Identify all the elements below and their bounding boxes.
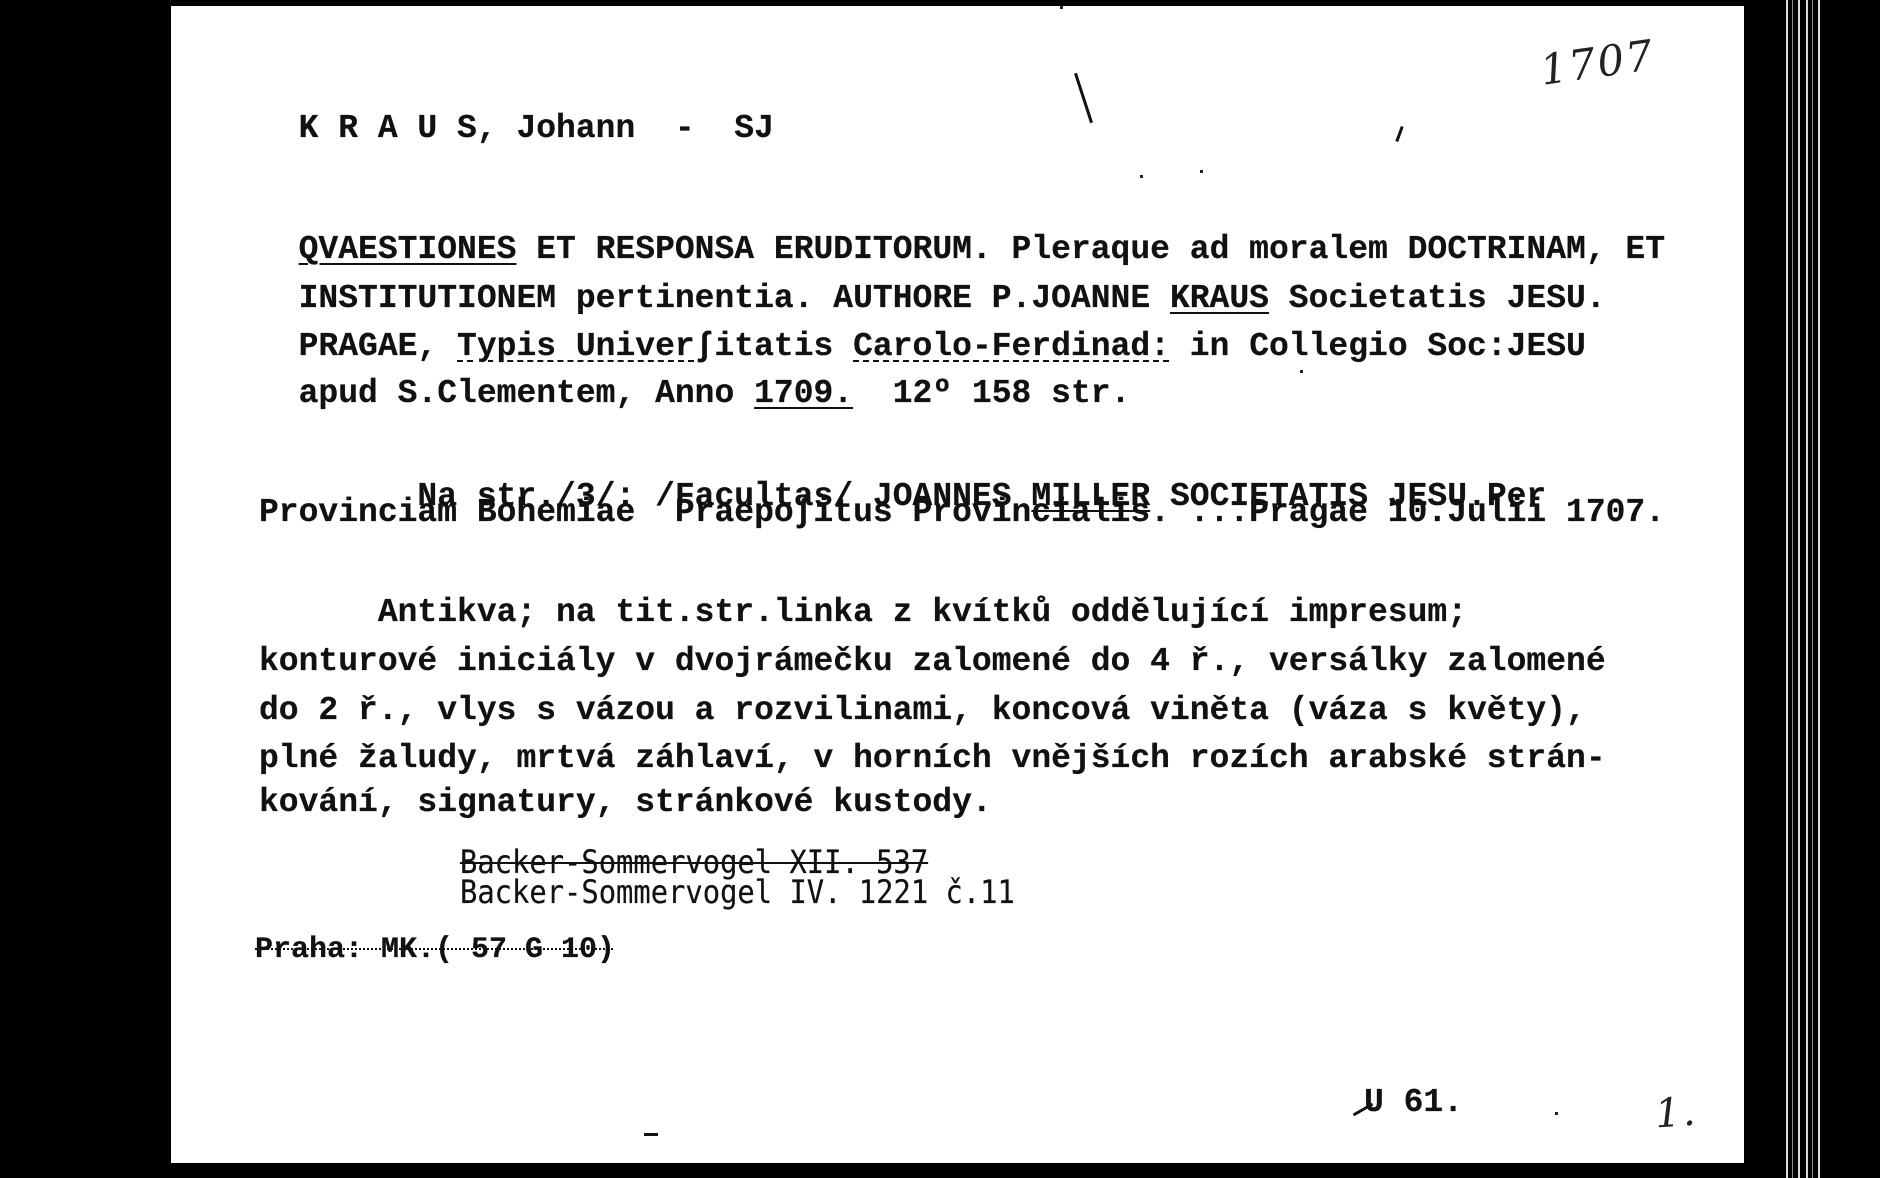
faculty-line-2: Provinciam Bohemiae Praepo∫itus Provinci… [259,496,1665,529]
author-forename-order: , Johann - SJ [477,110,774,147]
year-underlined: 1709. [754,375,853,412]
description-line-4: plné žaludy, mrtvá záhlaví, v horních vn… [259,742,1606,775]
location-struck: Praha: MK.( 57 G 10) [255,934,615,967]
speck [1060,6,1063,9]
shelf-mark: U 61. [1364,1086,1463,1119]
speck [1200,170,1203,173]
description-line-3: do 2 ř., vlys s vázou a rozvilinami, kon… [259,694,1586,727]
speck [1140,175,1143,178]
speck [1555,1112,1558,1115]
catalog-card [171,6,1744,1163]
description-line-5: kování, signatury, stránkové kustody. [259,786,992,819]
card-number: 1. [1653,1089,1698,1138]
dash-mark [644,1133,658,1136]
description-line-1: Antikva; na tit.str.linka z kvítků odděl… [259,596,1467,629]
speck [1300,370,1303,373]
title-line-4: apud S.Clementem, Anno 1709. 12º 158 str… [259,344,1130,410]
author-surname: K R A U S [299,110,477,147]
reference-current: Backer-Sommervogel IV. 1221 č.11 [460,876,1015,909]
scan-edge-stripes [1784,0,1824,1178]
description-line-2: konturové iniciály v dvojrámečku zalomen… [259,645,1606,678]
author-heading: K R A U S, Johann - SJ [259,79,774,145]
